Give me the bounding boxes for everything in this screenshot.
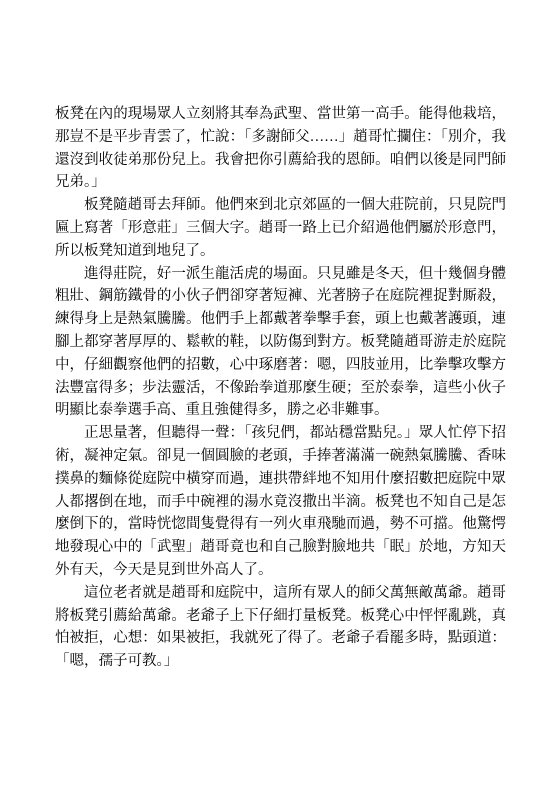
paragraph: 這位老者就是趙哥和庭院中，這所有眾人的師父萬無敵萬爺。趙哥將板凳引薦給萬爺。老爺… <box>55 582 506 673</box>
paragraph: 板凳隨趙哥去拜師。他們來到北京郊區的一個大莊院前，只見院門匾上寫著「形意莊」三個… <box>55 194 506 262</box>
paragraph: 正思量著，但聽得一聲：「孩兒們，都站穩當點兒。」眾人忙停下招術，凝神定氣。卻見一… <box>55 422 506 582</box>
paragraph: 板凳在內的現場眾人立刻將其奉為武聖、當世第一高手。能得他栽培，那豈不是平步青雲了… <box>55 103 506 194</box>
paragraph: 進得莊院，好一派生龍活虎的場面。只見雖是冬天，但十幾個身體粗壯、鋼筋鐵骨的小伙子… <box>55 263 506 423</box>
text-block: 板凳在內的現場眾人立刻將其奉為武聖、當世第一高手。能得他栽培，那豈不是平步青雲了… <box>55 103 506 673</box>
document-page: 板凳在內的現場眾人立刻將其奉為武聖、當世第一高手。能得他栽培，那豈不是平步青雲了… <box>0 0 560 793</box>
